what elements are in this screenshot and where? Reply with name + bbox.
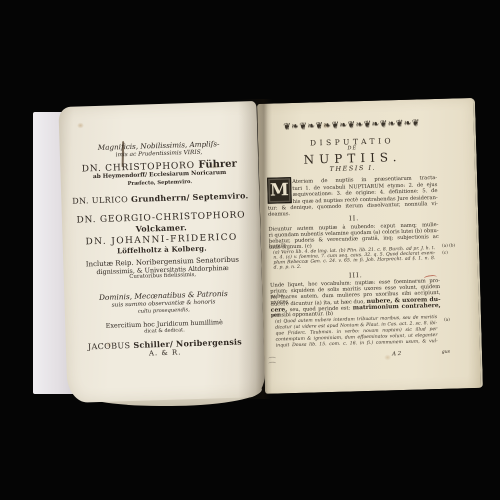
signature-line: A 2 gus xyxy=(272,350,450,363)
pencil-stroke xyxy=(268,357,276,361)
dedicatee-name-fraktur: Führer xyxy=(198,159,237,171)
right-page: ❦❧❦❧❦❧❦❧❦❧❦❧❦❧❦❧❦ DISPUTATIO DE NUPTIIS.… xyxy=(257,98,483,394)
dedicatee-name-line: DN. ULRICO Grundherrn/ Septemviro. xyxy=(67,191,253,206)
dedicatee-name-roman: DN. ULRICO xyxy=(72,195,131,206)
margin-note: (c) xyxy=(442,250,448,255)
pencil-marks xyxy=(268,355,282,365)
book-photo: Magnificis, Nobilissimis, Ampliſs- imis … xyxy=(0,0,500,500)
dedicatee-name-fraktur: Grundherrn/ Septemviro. xyxy=(131,190,249,204)
left-page: Magnificis, Nobilissimis, Ampliſs- imis … xyxy=(58,101,265,403)
margin-note: (a) xyxy=(444,317,450,322)
foxing-spot xyxy=(77,122,84,128)
pencil-stroke xyxy=(268,362,276,366)
signature-mark: A 2 xyxy=(392,351,401,357)
author-name-roman: JACOBUS xyxy=(88,341,134,351)
drop-cap-initial: M xyxy=(267,177,292,204)
catchword: gus xyxy=(442,350,450,355)
headpiece-ornament: ❦❧❦❧❦❧❦❧❦❧❦❧❦❧❦❧❦ xyxy=(266,119,438,133)
margin-note: (a) (b) xyxy=(442,243,455,248)
